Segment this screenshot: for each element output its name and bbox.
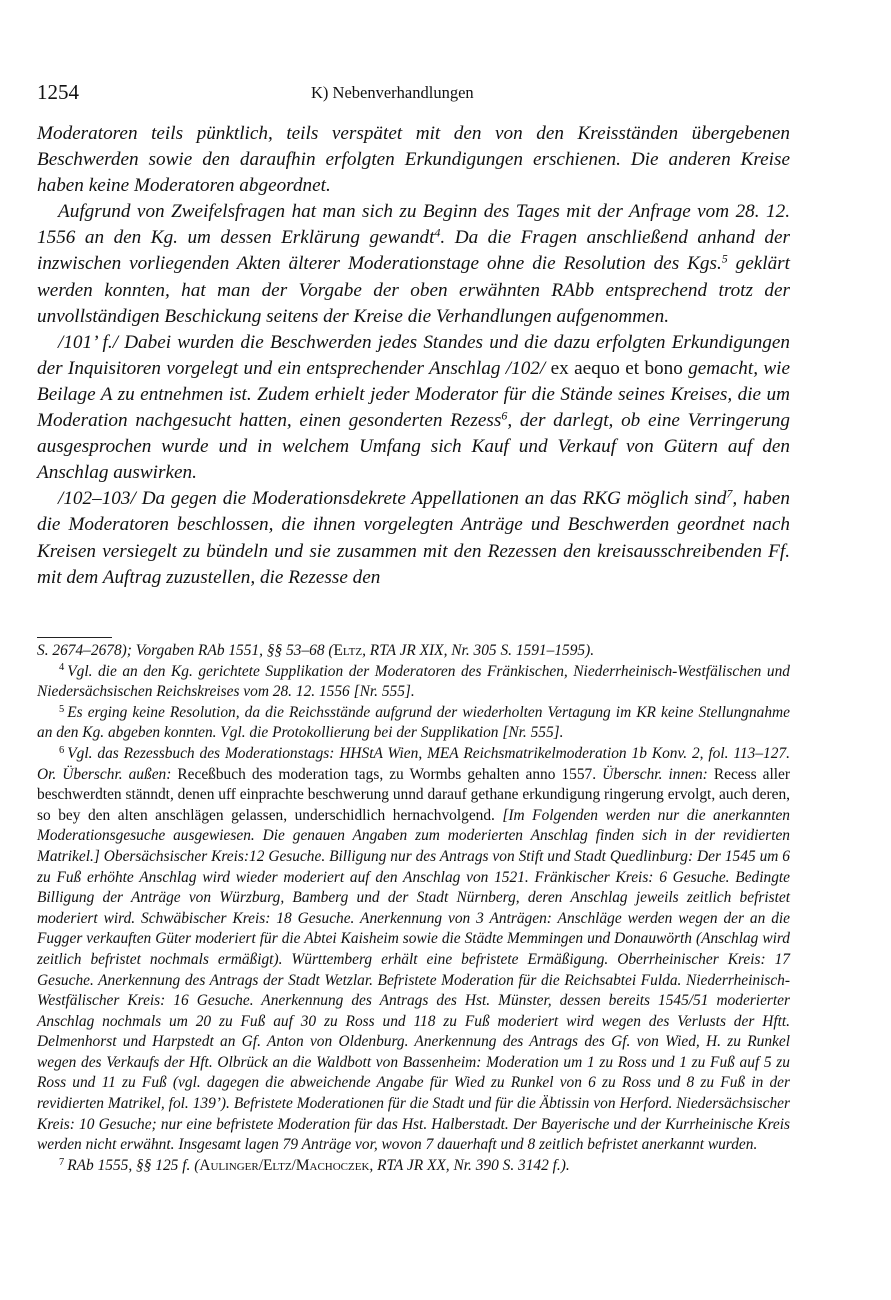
section-title: K) Nebenverhandlungen bbox=[311, 83, 474, 103]
source-quote: Receßbuch des moderation tags, zu Wormbs… bbox=[171, 766, 602, 783]
footnote-7: 7RAb 1555, §§ 125 f. (Aulinger/Eltz/Mach… bbox=[37, 1156, 790, 1177]
author-names: Aulinger/Eltz/Machoczek bbox=[199, 1157, 369, 1174]
main-body-text: Moderatoren teils pünktlich, teils versp… bbox=[37, 121, 790, 591]
page-number: 1254 bbox=[37, 80, 79, 105]
author-name: Eltz bbox=[334, 642, 363, 659]
footnote-mark-7: 7 bbox=[59, 1157, 64, 1168]
footnotes-section: S. 2674–2678); Vorgaben RAb 1551, §§ 53–… bbox=[37, 641, 790, 1176]
footnote-continuation: S. 2674–2678); Vorgaben RAb 1551, §§ 53–… bbox=[37, 641, 790, 662]
footnote-6: 6Vgl. das Rezessbuch des Moderationstags… bbox=[37, 744, 790, 1156]
footnote-mark-5: 5 bbox=[59, 704, 64, 715]
running-header: 1254 K) Nebenverhandlungen bbox=[37, 80, 790, 106]
footnote-mark-6: 6 bbox=[59, 745, 64, 756]
footnote-mark-4: 4 bbox=[59, 662, 64, 673]
footnote-4: 4Vgl. die an den Kg. gerichtete Supplika… bbox=[37, 662, 790, 703]
paragraph-2: Aufgrund von Zweifelsfragen hat man sich… bbox=[37, 199, 790, 329]
footnote-5: 5Es erging keine Resolution, da die Reic… bbox=[37, 703, 790, 744]
paragraph-3: /101’ f./ Dabei wurden die Beschwerden j… bbox=[37, 330, 790, 487]
latin-phrase: ex aequo et bono bbox=[551, 358, 683, 379]
footnote-divider bbox=[37, 637, 112, 638]
paragraph-1: Moderatoren teils pünktlich, teils versp… bbox=[37, 121, 790, 199]
paragraph-4: /102–103/ Da gegen die Moderationsdekret… bbox=[37, 486, 790, 590]
